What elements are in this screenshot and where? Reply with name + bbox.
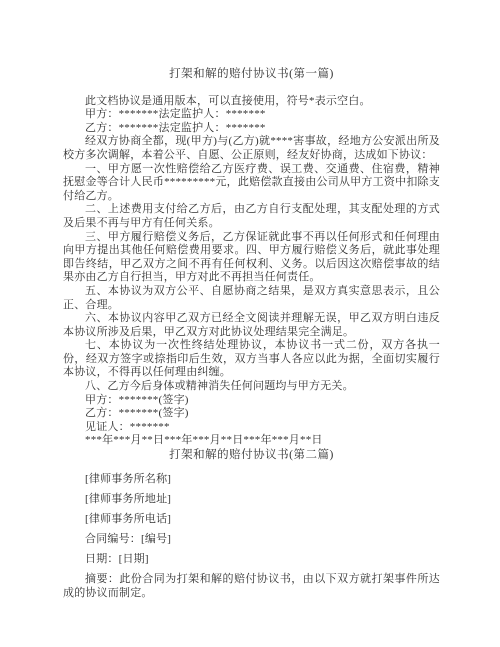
date-line: ***年***月**日***年***月**日***年***月**日 xyxy=(63,434,440,448)
signature-witness: 见证人：******* xyxy=(63,421,440,435)
preamble-paragraph: 经双方协商全都，现(甲方)与(乙方)就****害事故，经地方公安派出所及校方多次… xyxy=(63,135,440,162)
law-firm-address-line: [律师事务所地址] xyxy=(63,493,440,507)
section1-title: 打架和解的赔付协议书(第一篇) xyxy=(63,68,440,82)
clause-3-4: 三、甲方履行赔偿义务后，乙方保证就此事不再以任何形式和任何理由向甲方提出其他任何… xyxy=(63,231,440,285)
law-firm-name-line: [律师事务所名称] xyxy=(63,473,440,487)
intro-paragraph: 此文档协议是通用版本，可以直接使用，符号*表示空白。 xyxy=(63,95,440,109)
contract-number-line: 合同编号：[编号] xyxy=(63,533,440,547)
summary-paragraph: 摘要：此份合同为打架和解的赔付协议书，由以下双方就打架事件所达成的协议而制定。 xyxy=(63,573,440,600)
clause-2: 二、上述费用支付给乙方后，由乙方自行支配处理，其支配处理的方式及后果不再与甲方有… xyxy=(63,203,440,230)
clause-8: 八、乙方今后身体或精神消失任何问题均与甲方无关。 xyxy=(63,380,440,394)
section2-title: 打架和解的赔付协议书(第二篇) xyxy=(63,449,440,463)
date-placeholder-line: 日期：[日期] xyxy=(63,553,440,567)
clause-1: 一、甲方愿一次性赔偿给乙方医疗费、误工费、交通费、住宿费，精神抚慰金等合计人民币… xyxy=(63,163,440,204)
clause-7: 七、本协议为一次性终结处理协议，本协议书一式二份，双方各执一份，经双方签字或捺指… xyxy=(63,339,440,380)
party-b-line: 乙方：*******法定监护人：******* xyxy=(63,122,440,136)
clause-6: 六、本协议内容甲乙双方已经全文阅读并理解无误，甲乙双方明白违反本协议所涉及后果，… xyxy=(63,312,440,339)
signature-party-a: 甲方：*******(签字) xyxy=(63,394,440,408)
document-page: 打架和解的赔付协议书(第一篇) 此文档协议是通用版本，可以直接使用，符号*表示空… xyxy=(0,0,500,647)
signature-party-b: 乙方：*******(签字) xyxy=(63,407,440,421)
party-a-line: 甲方：*******法定监护人：******* xyxy=(63,108,440,122)
law-firm-phone-line: [律师事务所电话] xyxy=(63,513,440,527)
clause-5: 五、本协议为双方公平、自愿协商之结果，是双方真实意思表示，且公正、合理。 xyxy=(63,285,440,312)
